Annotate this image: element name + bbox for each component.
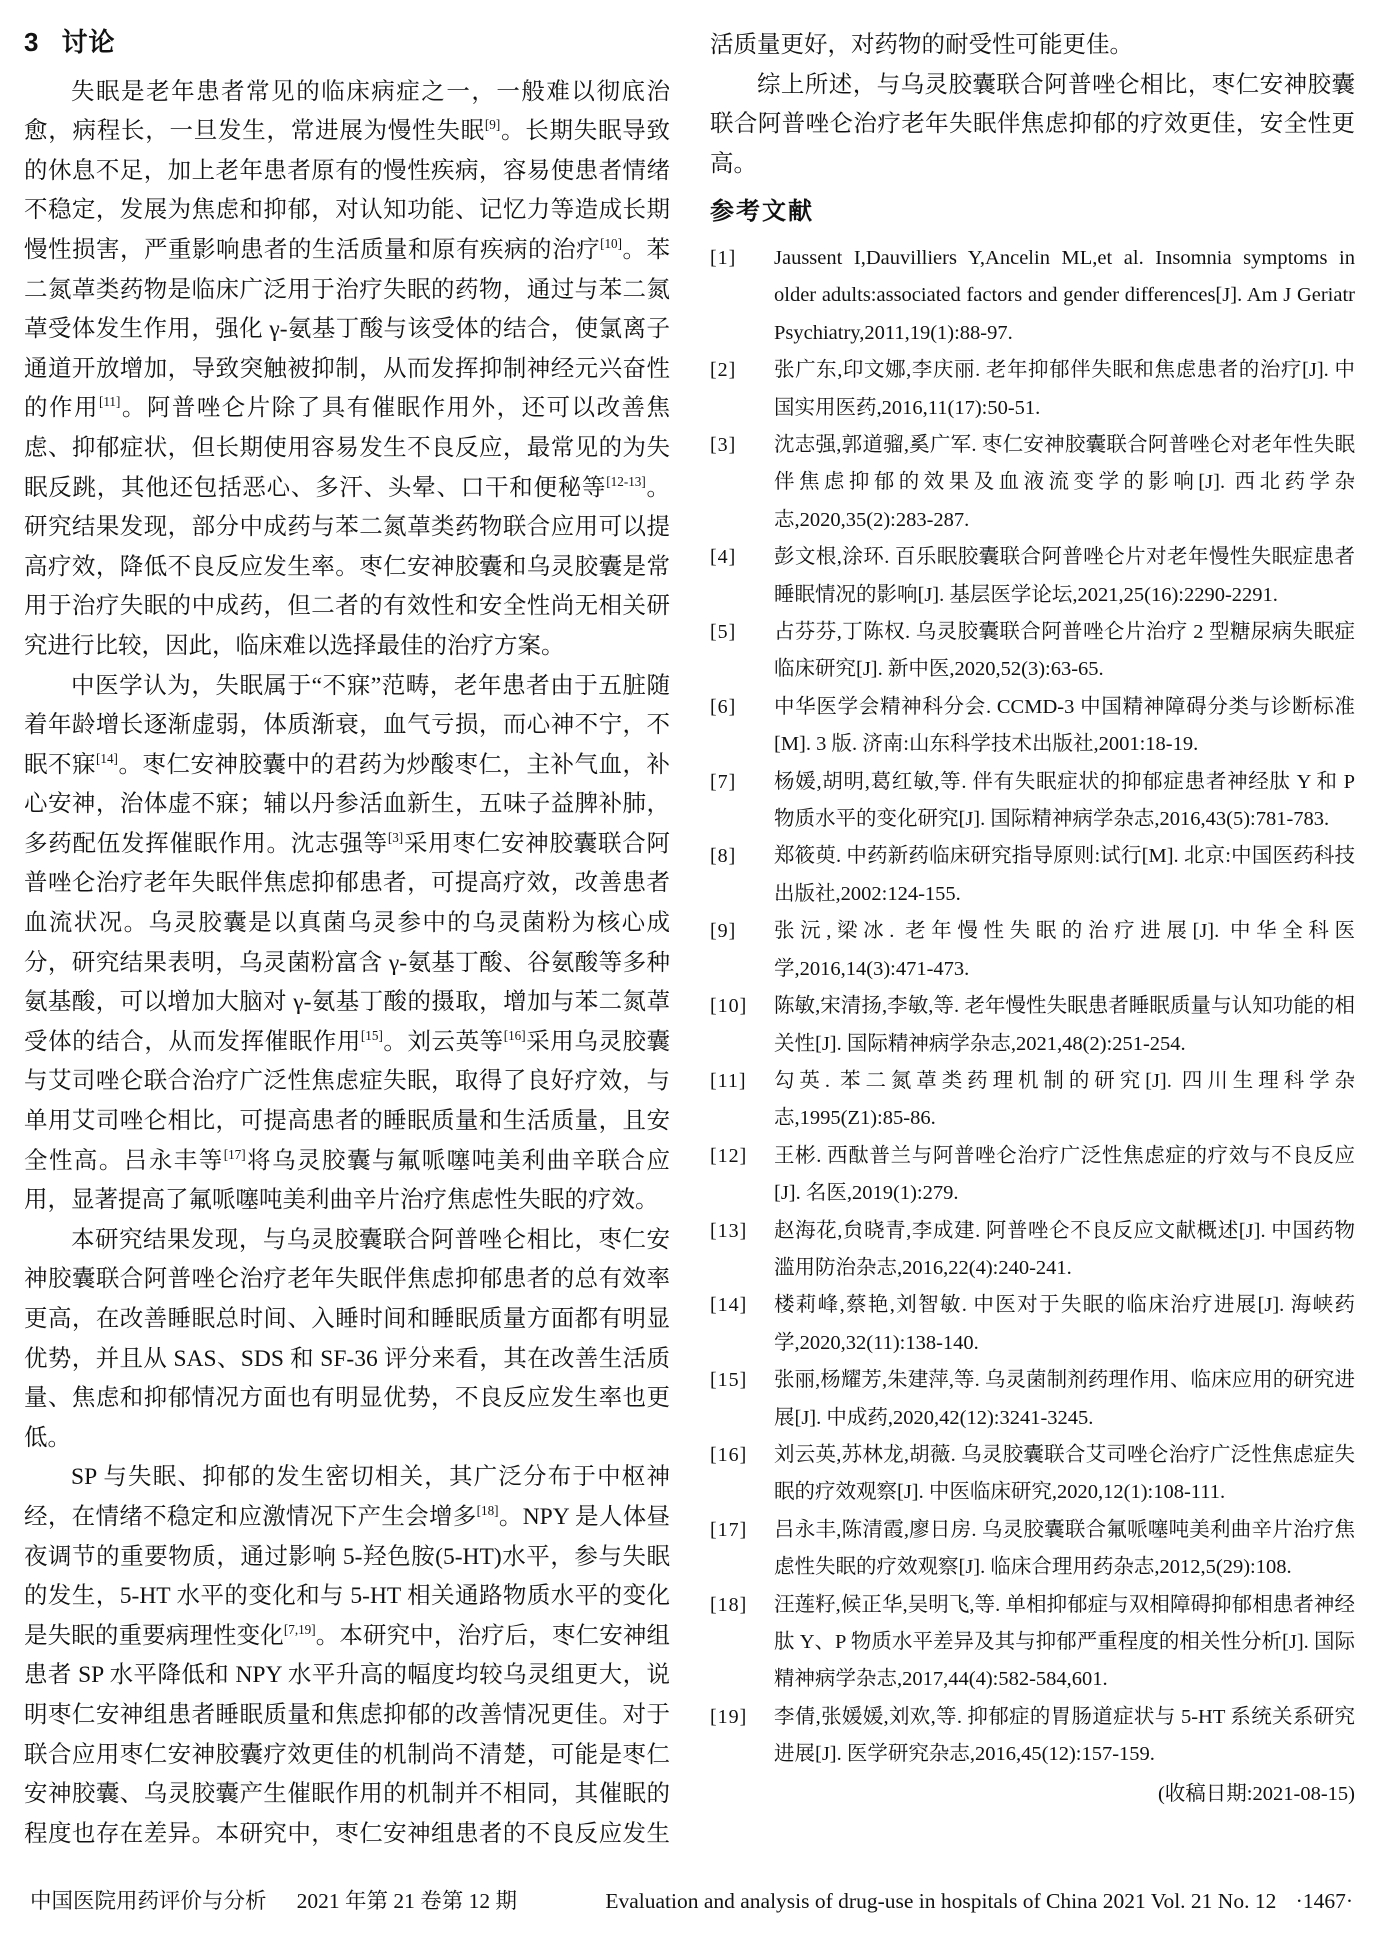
- citation-superscript: [11]: [99, 395, 120, 410]
- reference-label: [9]: [710, 913, 774, 950]
- reference-item: [17] 吕永丰,陈清霞,廖日房. 乌灵胶囊联合氟哌噻吨美利曲辛片治疗焦虑性失眠…: [710, 1512, 1355, 1587]
- reference-text: 占芬芬,丁陈权. 乌灵胶囊联合阿普唑仑片治疗 2 型糖尿病失眠症临床研究[J].…: [774, 614, 1355, 689]
- right-column: 活质量更好，对药物的耐受性可能更佳。 综上所述，与乌灵胶囊联合阿普唑仑相比，枣仁…: [710, 26, 1355, 1856]
- received-date: (收稿日期:2021-08-15): [710, 1776, 1355, 1813]
- reference-list: [1] Jaussent I,Dauvilliers Y,Ancelin ML,…: [710, 240, 1355, 1774]
- discussion-paragraph-2: 中医学认为，失眠属于“不寐”范畴，老年患者由于五脏随着年龄增长逐渐虚弱，体质渐衰…: [24, 667, 670, 1221]
- reference-text: 杨媛,胡明,葛红敏,等. 伴有失眠症状的抑郁症患者神经肽 Y 和 P 物质水平的…: [774, 764, 1355, 839]
- reference-text: 沈志强,郭道骝,奚广军. 枣仁安神胶囊联合阿普唑仑对老年性失眠伴焦虑抑郁的效果及…: [774, 427, 1355, 539]
- reference-item: [8] 郑筱萸. 中药新药临床研究指导原则:试行[M]. 北京:中国医药科技出版…: [710, 838, 1355, 913]
- reference-text: 中华医学会精神科分会. CCMD-3 中国精神障碍分类与诊断标准[M]. 3 版…: [774, 689, 1355, 764]
- citation-superscript: [17]: [224, 1147, 246, 1162]
- reference-label: [15]: [710, 1362, 774, 1399]
- reference-text: 楼莉峰,蔡艳,刘智敏. 中医对于失眠的临床治疗进展[J]. 海峡药学,2020,…: [774, 1287, 1355, 1362]
- reference-text: 张丽,杨耀芳,朱建萍,等. 乌灵菌制剂药理作用、临床应用的研究进展[J]. 中成…: [774, 1362, 1355, 1437]
- reference-text: 汪莲籽,候正华,吴明飞,等. 单相抑郁症与双相障碍抑郁相患者神经肽 Y、P 物质…: [774, 1587, 1355, 1699]
- footer-journal-en-title: Evaluation and analysis of drug-use in h…: [605, 1889, 1276, 1913]
- reference-label: [17]: [710, 1512, 774, 1549]
- reference-item: [11] 勾英. 苯二氮䓬类药理机制的研究[J]. 四川生理科学杂志,1995(…: [710, 1063, 1355, 1138]
- reference-item: [6] 中华医学会精神科分会. CCMD-3 中国精神障碍分类与诊断标准[M].…: [710, 689, 1355, 764]
- reference-item: [1] Jaussent I,Dauvilliers Y,Ancelin ML,…: [710, 240, 1355, 352]
- reference-item: [4] 彭文根,涂环. 百乐眠胶囊联合阿普唑仑片对老年慢性失眠症患者睡眠情况的影…: [710, 539, 1355, 614]
- reference-item: [5] 占芬芬,丁陈权. 乌灵胶囊联合阿普唑仑片治疗 2 型糖尿病失眠症临床研究…: [710, 614, 1355, 689]
- page-footer: 中国医院用药评价与分析2021 年第 21 卷第 12 期 Evaluation…: [30, 1888, 1353, 1916]
- citation-superscript: [14]: [96, 751, 118, 766]
- discussion-paragraph-1: 失眠是老年患者常见的临床病症之一，一般难以彻底治愈，病程长，一旦发生，常进展为慢…: [24, 73, 670, 667]
- reference-item: [16] 刘云英,苏林龙,胡薇. 乌灵胶囊联合艾司唑仑治疗广泛性焦虑症失眠的疗效…: [710, 1437, 1355, 1512]
- references-heading: 参考文献: [710, 198, 1355, 226]
- reference-text: 吕永丰,陈清霞,廖日房. 乌灵胶囊联合氟哌噻吨美利曲辛片治疗焦虑性失眠的疗效观察…: [774, 1512, 1355, 1587]
- discussion-heading: 3讨论: [24, 28, 670, 57]
- reference-label: [8]: [710, 838, 774, 875]
- reference-item: [19] 李倩,张媛媛,刘欢,等. 抑郁症的胃肠道症状与 5-HT 系统关系研究…: [710, 1699, 1355, 1774]
- reference-label: [16]: [710, 1437, 774, 1474]
- citation-superscript: [18]: [477, 1503, 499, 1518]
- reference-label: [10]: [710, 988, 774, 1025]
- left-column: 3讨论 失眠是老年患者常见的临床病症之一，一般难以彻底治愈，病程长，一旦发生，常…: [24, 26, 670, 1856]
- reference-item: [3] 沈志强,郭道骝,奚广军. 枣仁安神胶囊联合阿普唑仑对老年性失眠伴焦虑抑郁…: [710, 427, 1355, 539]
- reference-text: 张沅,梁冰. 老年慢性失眠的治疗进展[J]. 中华全科医学,2016,14(3)…: [774, 913, 1355, 988]
- reference-label: [7]: [710, 764, 774, 801]
- citation-superscript: [7,19]: [284, 1622, 316, 1637]
- reference-item: [12] 王彬. 西酞普兰与阿普唑仑治疗广泛性焦虑症的疗效与不良反应[J]. 名…: [710, 1138, 1355, 1213]
- journal-page: 3讨论 失眠是老年患者常见的临床病症之一，一般难以彻底治愈，病程长，一旦发生，常…: [0, 0, 1375, 1940]
- reference-text: 赵海花,贠晓青,李成建. 阿普唑仑不良反应文献概述[J]. 中国药物滥用防治杂志…: [774, 1213, 1355, 1288]
- citation-superscript: [9]: [485, 117, 500, 132]
- reference-item: [14] 楼莉峰,蔡艳,刘智敏. 中医对于失眠的临床治疗进展[J]. 海峡药学,…: [710, 1287, 1355, 1362]
- citation-superscript: [16]: [504, 1028, 526, 1043]
- reference-text: Jaussent I,Dauvilliers Y,Ancelin ML,et a…: [774, 240, 1355, 352]
- discussion-heading-title: 讨论: [61, 27, 115, 57]
- reference-text: 陈敏,宋清扬,李敏,等. 老年慢性失眠患者睡眠质量与认知功能的相关性[J]. 国…: [774, 988, 1355, 1063]
- reference-label: [18]: [710, 1587, 774, 1624]
- reference-item: [15] 张丽,杨耀芳,朱建萍,等. 乌灵菌制剂药理作用、临床应用的研究进展[J…: [710, 1362, 1355, 1437]
- reference-label: [19]: [710, 1699, 774, 1736]
- reference-label: [6]: [710, 689, 774, 726]
- reference-label: [5]: [710, 614, 774, 651]
- footer-issue-cn: 2021 年第 21 卷第 12 期: [297, 1889, 517, 1913]
- reference-text: 张广东,印文娜,李庆丽. 老年抑郁伴失眠和焦虑患者的治疗[J]. 中国实用医药,…: [774, 352, 1355, 427]
- citation-superscript: [3]: [388, 830, 403, 845]
- reference-label: [12]: [710, 1138, 774, 1175]
- footer-journal-cn: 中国医院用药评价与分析2021 年第 21 卷第 12 期: [30, 1888, 517, 1916]
- reference-label: [3]: [710, 427, 774, 464]
- reference-label: [2]: [710, 352, 774, 389]
- citation-superscript: [10]: [600, 236, 622, 251]
- reference-item: [18] 汪莲籽,候正华,吴明飞,等. 单相抑郁症与双相障碍抑郁相患者神经肽 Y…: [710, 1587, 1355, 1699]
- reference-text: 刘云英,苏林龙,胡薇. 乌灵胶囊联合艾司唑仑治疗广泛性焦虑症失眠的疗效观察[J]…: [774, 1437, 1355, 1512]
- reference-label: [14]: [710, 1287, 774, 1324]
- reference-label: [13]: [710, 1213, 774, 1250]
- reference-label: [1]: [710, 240, 774, 277]
- conclusion-paragraph: 综上所述，与乌灵胶囊联合阿普唑仑相比，枣仁安神胶囊联合阿普唑仑治疗老年失眠伴焦虑…: [710, 66, 1355, 185]
- continuation-paragraph: 活质量更好，对药物的耐受性可能更佳。: [710, 26, 1355, 66]
- reference-item: [7] 杨媛,胡明,葛红敏,等. 伴有失眠症状的抑郁症患者神经肽 Y 和 P 物…: [710, 764, 1355, 839]
- citation-superscript: [12-13]: [606, 474, 645, 489]
- footer-journal-cn-title: 中国医院用药评价与分析: [30, 1889, 267, 1913]
- footer-journal-en: Evaluation and analysis of drug-use in h…: [605, 1888, 1353, 1916]
- citation-superscript: [15]: [361, 1028, 383, 1043]
- reference-label: [11]: [710, 1063, 774, 1100]
- footer-page-number: ·1467·: [1296, 1889, 1353, 1913]
- reference-text: 王彬. 西酞普兰与阿普唑仑治疗广泛性焦虑症的疗效与不良反应[J]. 名医,201…: [774, 1138, 1355, 1213]
- reference-item: [10] 陈敏,宋清扬,李敏,等. 老年慢性失眠患者睡眠质量与认知功能的相关性[…: [710, 988, 1355, 1063]
- reference-text: 彭文根,涂环. 百乐眠胶囊联合阿普唑仑片对老年慢性失眠症患者睡眠情况的影响[J]…: [774, 539, 1355, 614]
- discussion-paragraph-4: SP 与失眠、抑郁的发生密切相关，其广泛分布于中枢神经，在情绪不稳定和应激情况下…: [24, 1458, 670, 1856]
- reference-text: 郑筱萸. 中药新药临床研究指导原则:试行[M]. 北京:中国医药科技出版社,20…: [774, 838, 1355, 913]
- reference-item: [9] 张沅,梁冰. 老年慢性失眠的治疗进展[J]. 中华全科医学,2016,1…: [710, 913, 1355, 988]
- discussion-paragraph-3: 本研究结果发现，与乌灵胶囊联合阿普唑仑相比，枣仁安神胶囊联合阿普唑仑治疗老年失眠…: [24, 1221, 670, 1459]
- reference-label: [4]: [710, 539, 774, 576]
- reference-item: [2] 张广东,印文娜,李庆丽. 老年抑郁伴失眠和焦虑患者的治疗[J]. 中国实…: [710, 352, 1355, 427]
- reference-item: [13] 赵海花,贠晓青,李成建. 阿普唑仑不良反应文献概述[J]. 中国药物滥…: [710, 1213, 1355, 1288]
- discussion-heading-number: 3: [24, 27, 39, 57]
- reference-text: 李倩,张媛媛,刘欢,等. 抑郁症的胃肠道症状与 5-HT 系统关系研究进展[J]…: [774, 1699, 1355, 1774]
- reference-text: 勾英. 苯二氮䓬类药理机制的研究[J]. 四川生理科学杂志,1995(Z1):8…: [774, 1063, 1355, 1138]
